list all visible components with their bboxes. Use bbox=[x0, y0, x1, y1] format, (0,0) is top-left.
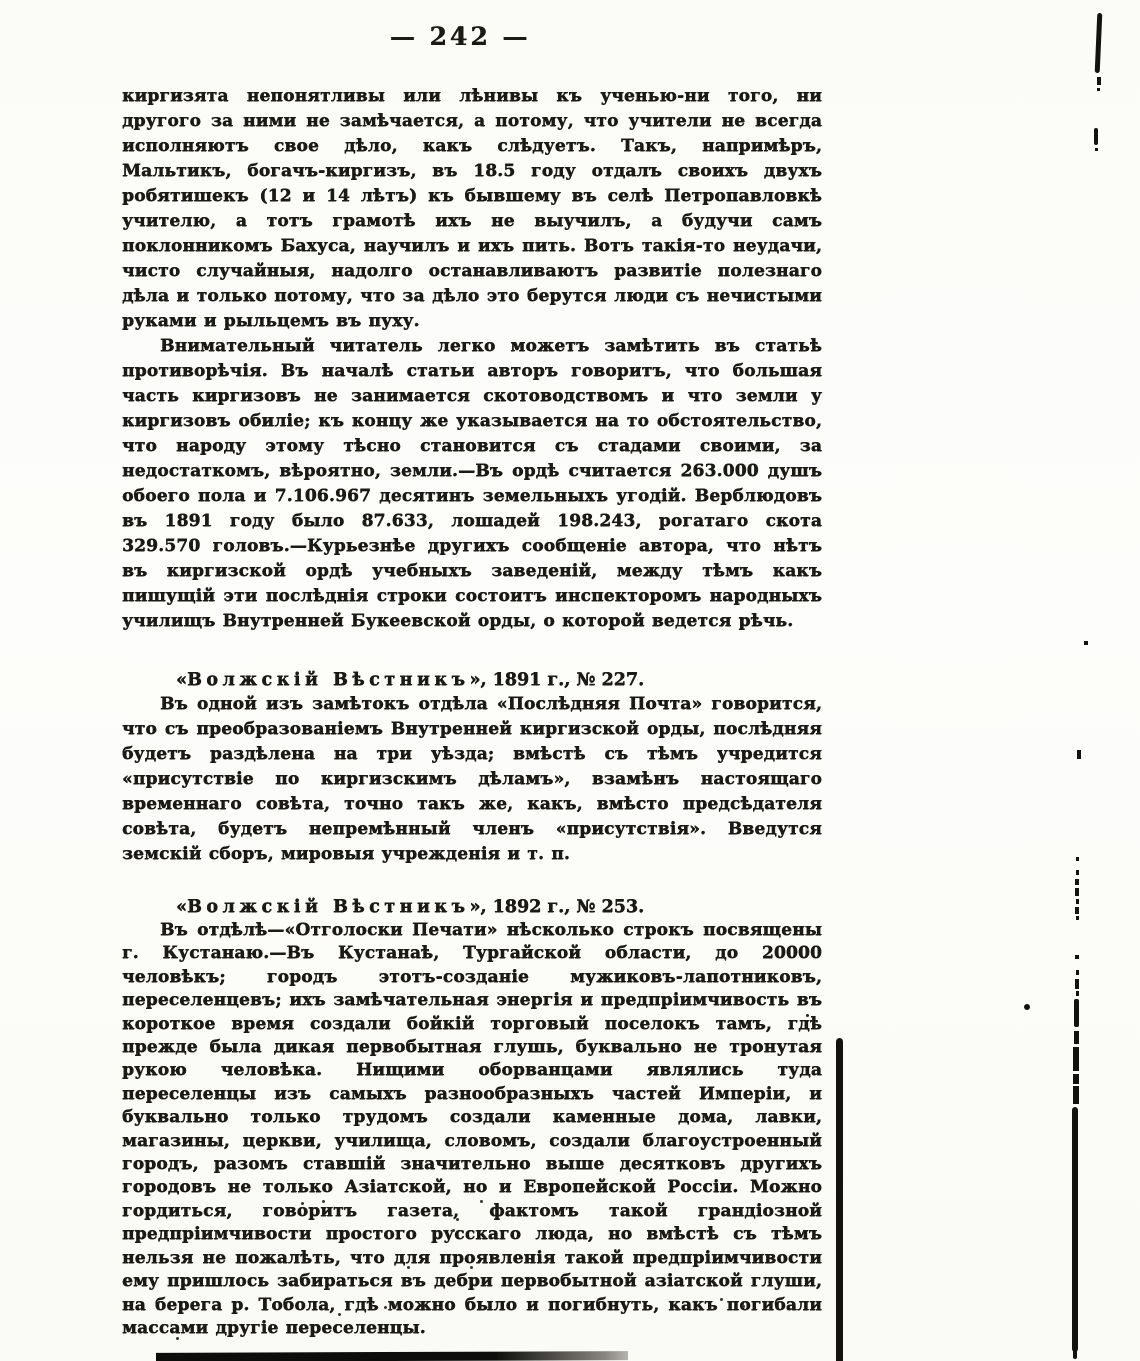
ink-stroke-top-right bbox=[1095, 13, 1103, 73]
ink-blot bbox=[1024, 1004, 1030, 1010]
binding-dot bbox=[1076, 991, 1079, 996]
ink-dot bbox=[1097, 88, 1100, 91]
ink-dash bbox=[1097, 77, 1101, 85]
citation-heading-2: «Волжскій Вѣстникъ», 1892 г., № 253. bbox=[176, 897, 822, 917]
ink-speck bbox=[384, 1306, 387, 1309]
scanned-page: — 242 — киргизята непонятливы или лѣнивы… bbox=[0, 0, 1140, 1361]
ink-speck bbox=[301, 1202, 304, 1205]
page-number: — 242 — bbox=[122, 22, 798, 51]
ink-dot bbox=[1084, 641, 1088, 645]
ink-speck bbox=[480, 1200, 483, 1203]
ink-speck bbox=[452, 1229, 455, 1232]
page-fold-line bbox=[836, 1038, 843, 1361]
ink-speck bbox=[338, 1313, 341, 1316]
binding-line-segment bbox=[1073, 1086, 1079, 1104]
quote-open: « bbox=[176, 670, 187, 690]
paragraph-4: Въ отдѣлѣ—«Отголоски Печати» нѣсколько с… bbox=[122, 919, 822, 1340]
ink-speck bbox=[806, 1014, 809, 1017]
binding-dot bbox=[1075, 907, 1079, 914]
citation-ref-1: », 1891 г., № 227. bbox=[469, 670, 644, 690]
binding-dot bbox=[1076, 970, 1079, 975]
ink-speck bbox=[470, 1266, 473, 1269]
binding-line-segment bbox=[1073, 1074, 1079, 1084]
binding-dot bbox=[1076, 916, 1079, 920]
paragraph-3: Въ одной изъ замѣтокъ отдѣла «Послѣдняя … bbox=[122, 692, 822, 867]
binding-line-segment bbox=[1073, 1047, 1079, 1071]
ink-speck bbox=[456, 1218, 459, 1221]
binding-line-segment bbox=[1074, 999, 1079, 1027]
quote-open: « bbox=[176, 897, 187, 917]
paragraph-continuation: киргизята непонятливы или лѣнивы къ учен… bbox=[122, 84, 822, 334]
ink-speck bbox=[407, 1266, 410, 1269]
binding-line-segment bbox=[1072, 1107, 1078, 1352]
binding-dot bbox=[1076, 899, 1079, 904]
citation-heading-1: «Волжскій Вѣстникъ», 1891 г., № 227. bbox=[176, 670, 822, 690]
ink-tick bbox=[1077, 750, 1081, 759]
binding-dot bbox=[1076, 857, 1079, 861]
binding-line-tip bbox=[1073, 1350, 1077, 1359]
ink-speck bbox=[322, 1200, 325, 1203]
binding-dot bbox=[1076, 870, 1079, 875]
paragraph-2: Внимательный читатель легко можетъ замѣт… bbox=[122, 334, 822, 634]
ink-mark bbox=[1094, 128, 1098, 145]
binding-line-segment bbox=[1074, 1031, 1079, 1044]
ink-dot bbox=[1095, 148, 1098, 151]
binding-dot bbox=[1075, 879, 1079, 885]
ink-speck bbox=[176, 1337, 179, 1340]
bottom-scan-bar bbox=[156, 1351, 628, 1361]
citation-ref-2: », 1892 г., № 253. bbox=[469, 897, 644, 917]
binding-dot bbox=[1075, 955, 1079, 959]
journal-title-2: Волжскій Вѣстникъ bbox=[187, 897, 469, 917]
binding-dot bbox=[1075, 888, 1079, 896]
ink-speck bbox=[720, 1298, 723, 1301]
journal-title-1: Волжскій Вѣстникъ bbox=[187, 670, 469, 690]
ink-speck bbox=[742, 1305, 745, 1308]
text-block: киргизята непонятливы или лѣнивы къ учен… bbox=[122, 84, 822, 1340]
binding-dot bbox=[1075, 979, 1079, 989]
